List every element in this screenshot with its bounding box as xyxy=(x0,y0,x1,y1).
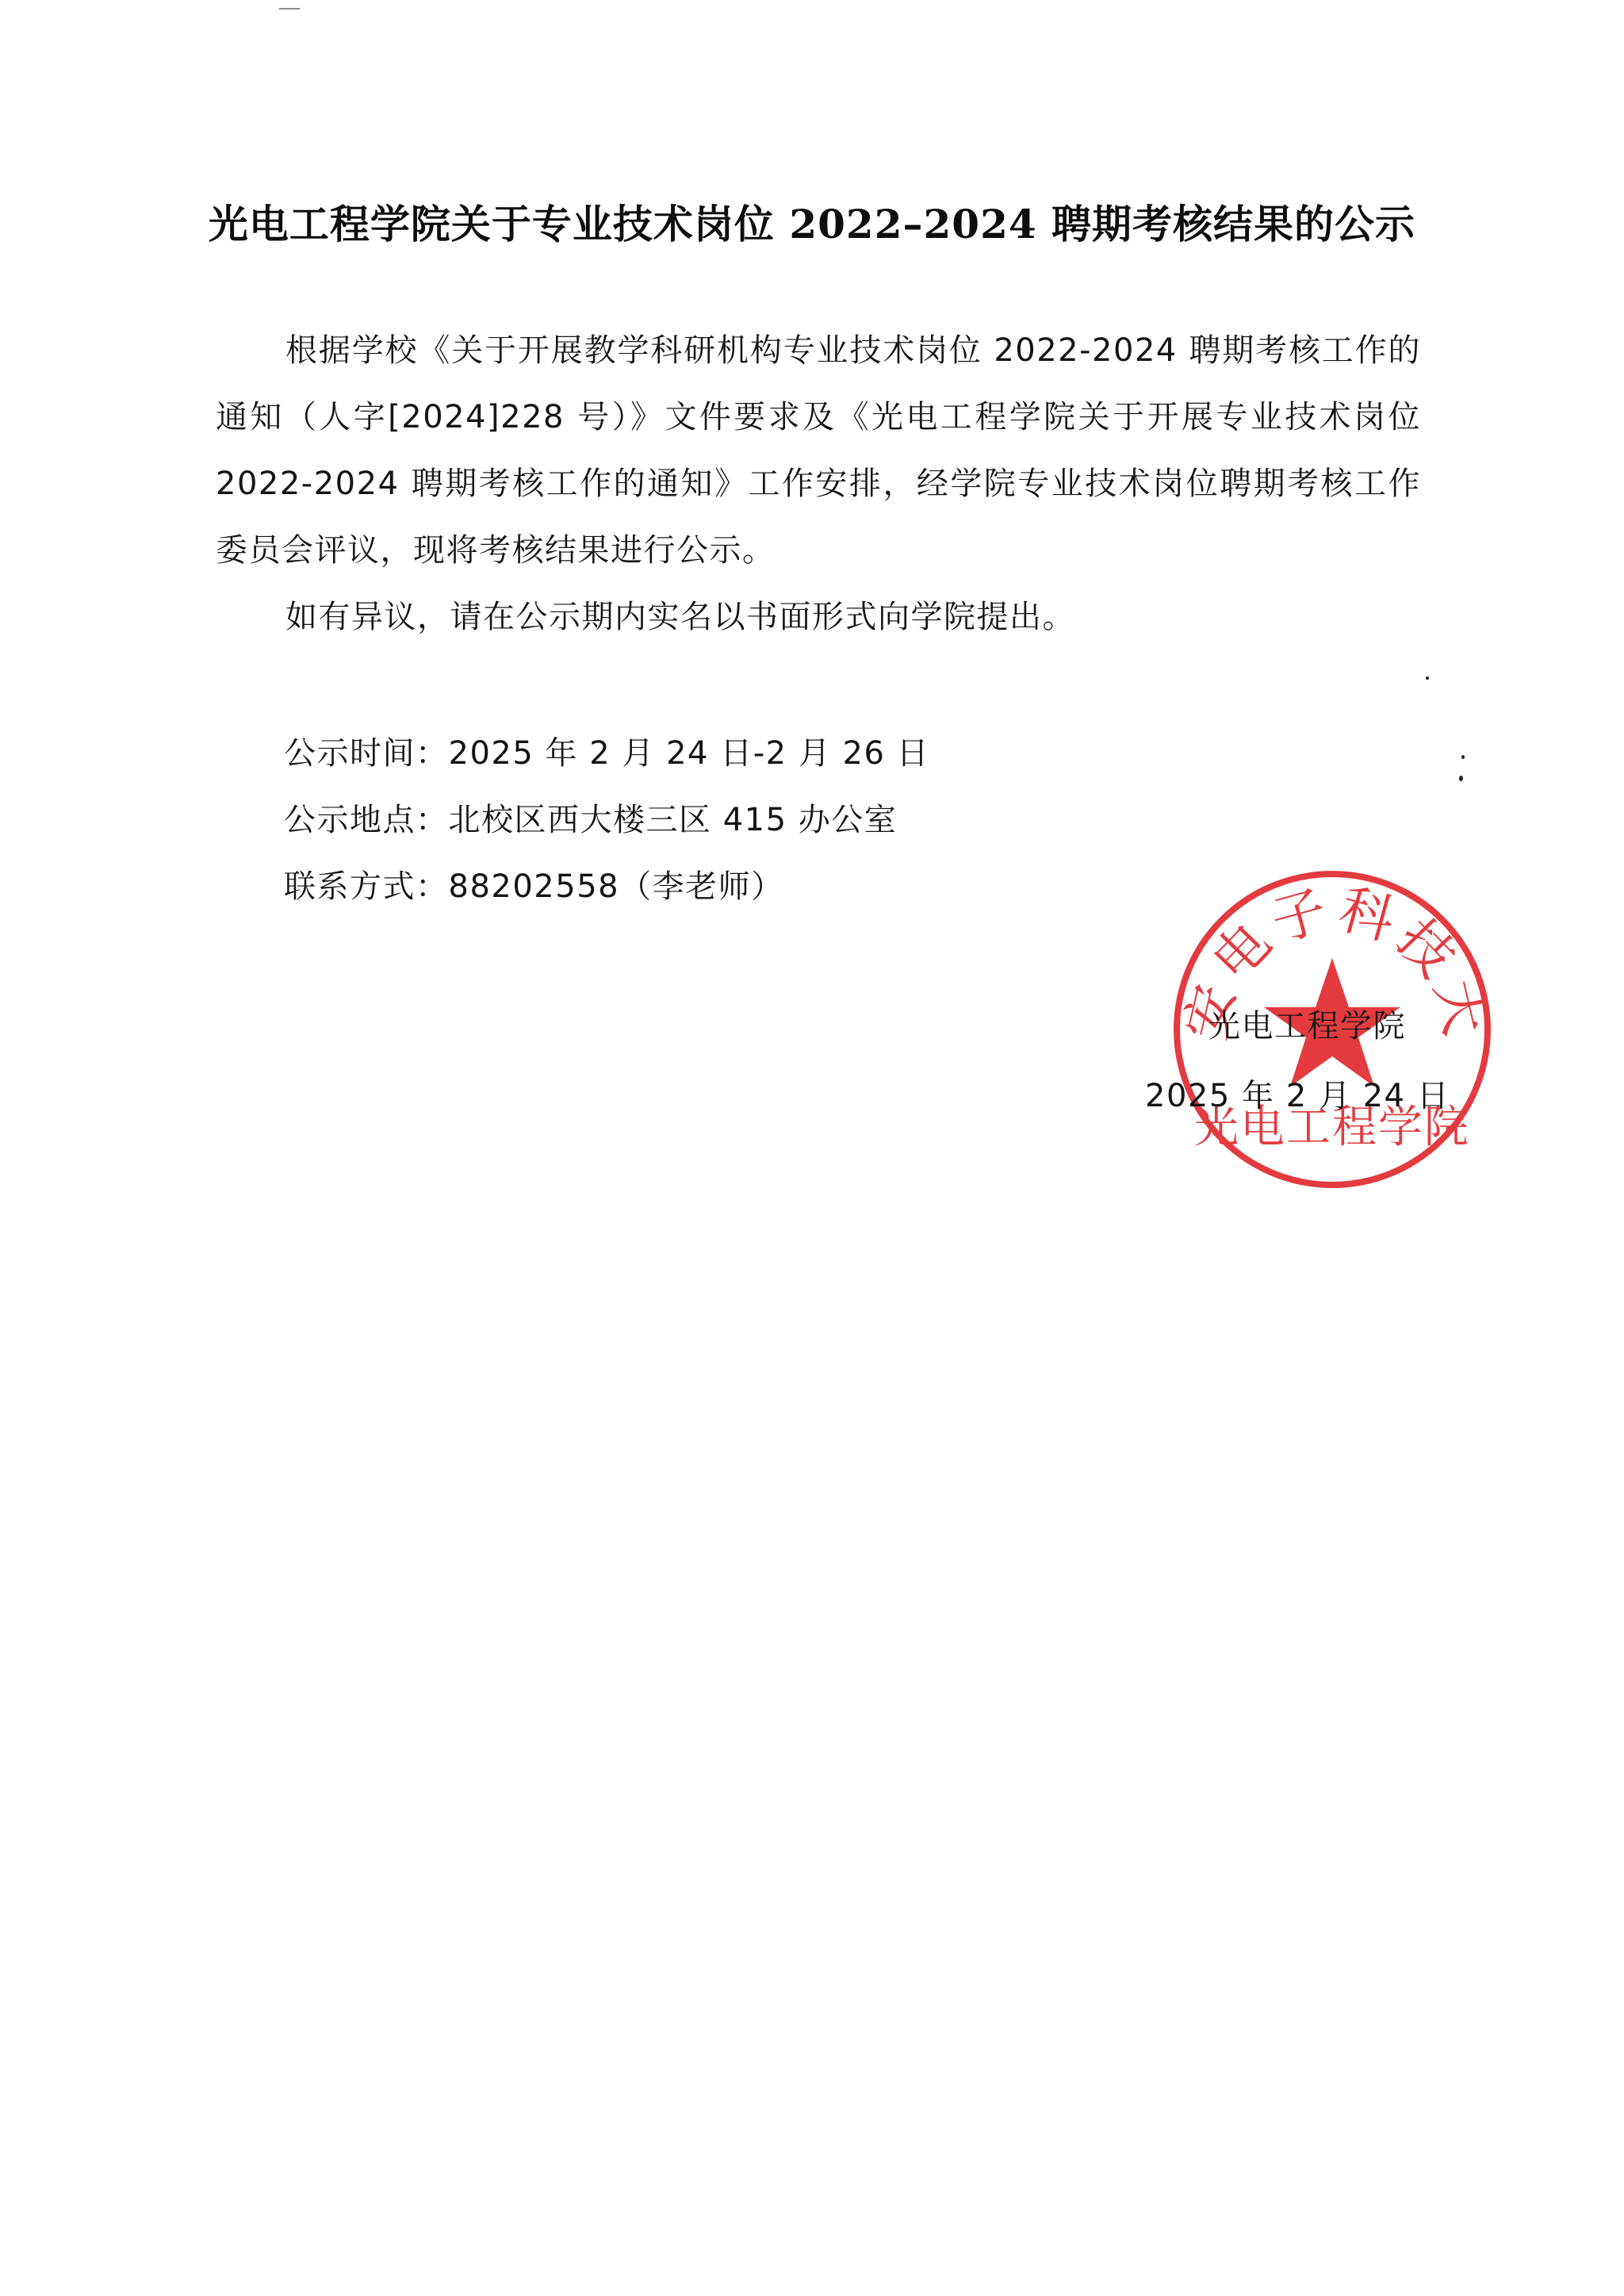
scan-artifact xyxy=(279,8,300,10)
scan-speck xyxy=(1461,755,1465,759)
publicity-place-value: 北校区西大楼三区 415 办公室 xyxy=(449,802,898,838)
document-title: 光电工程学院关于专业技术岗位 2022–2024 聘期考核结果的公示 xyxy=(0,195,1624,254)
objection-paragraph: 如有异议，请在公示期内实名以书面形式向学院提出。 xyxy=(216,584,1421,650)
scan-speck xyxy=(1426,677,1429,680)
publicity-time: 公示时间：2025 年 2 月 24 日-2 月 26 日 xyxy=(284,720,929,787)
signature-date: 2025 年 2 月 24 日 xyxy=(1145,1071,1450,1116)
paragraph-objection: 如有异议，请在公示期内实名以书面形式向学院提出。 xyxy=(216,584,1421,650)
scan-speck xyxy=(1459,776,1463,781)
contact-value: 88202558（李老师） xyxy=(449,868,784,905)
signature-organization: 光电工程学院 xyxy=(1208,1001,1406,1046)
document-page: 光电工程学院关于专业技术岗位 2022–2024 聘期考核结果的公示 根据学校《… xyxy=(0,0,1624,2296)
contact-info: 联系方式：88202558（李老师） xyxy=(284,853,784,920)
contact-label: 联系方式： xyxy=(284,868,449,905)
publicity-time-value: 2025 年 2 月 24 日-2 月 26 日 xyxy=(449,735,930,772)
publicity-place: 公示地点：北校区西大楼三区 415 办公室 xyxy=(284,787,897,853)
paragraph-basis: 根据学校《关于开展教学科研机构专业技术岗位 2022-2024 聘期考核工作的通… xyxy=(216,317,1421,584)
main-paragraph: 根据学校《关于开展教学科研机构专业技术岗位 2022-2024 聘期考核工作的通… xyxy=(216,317,1421,584)
publicity-place-label: 公示地点： xyxy=(284,802,449,838)
publicity-time-label: 公示时间： xyxy=(284,735,449,772)
